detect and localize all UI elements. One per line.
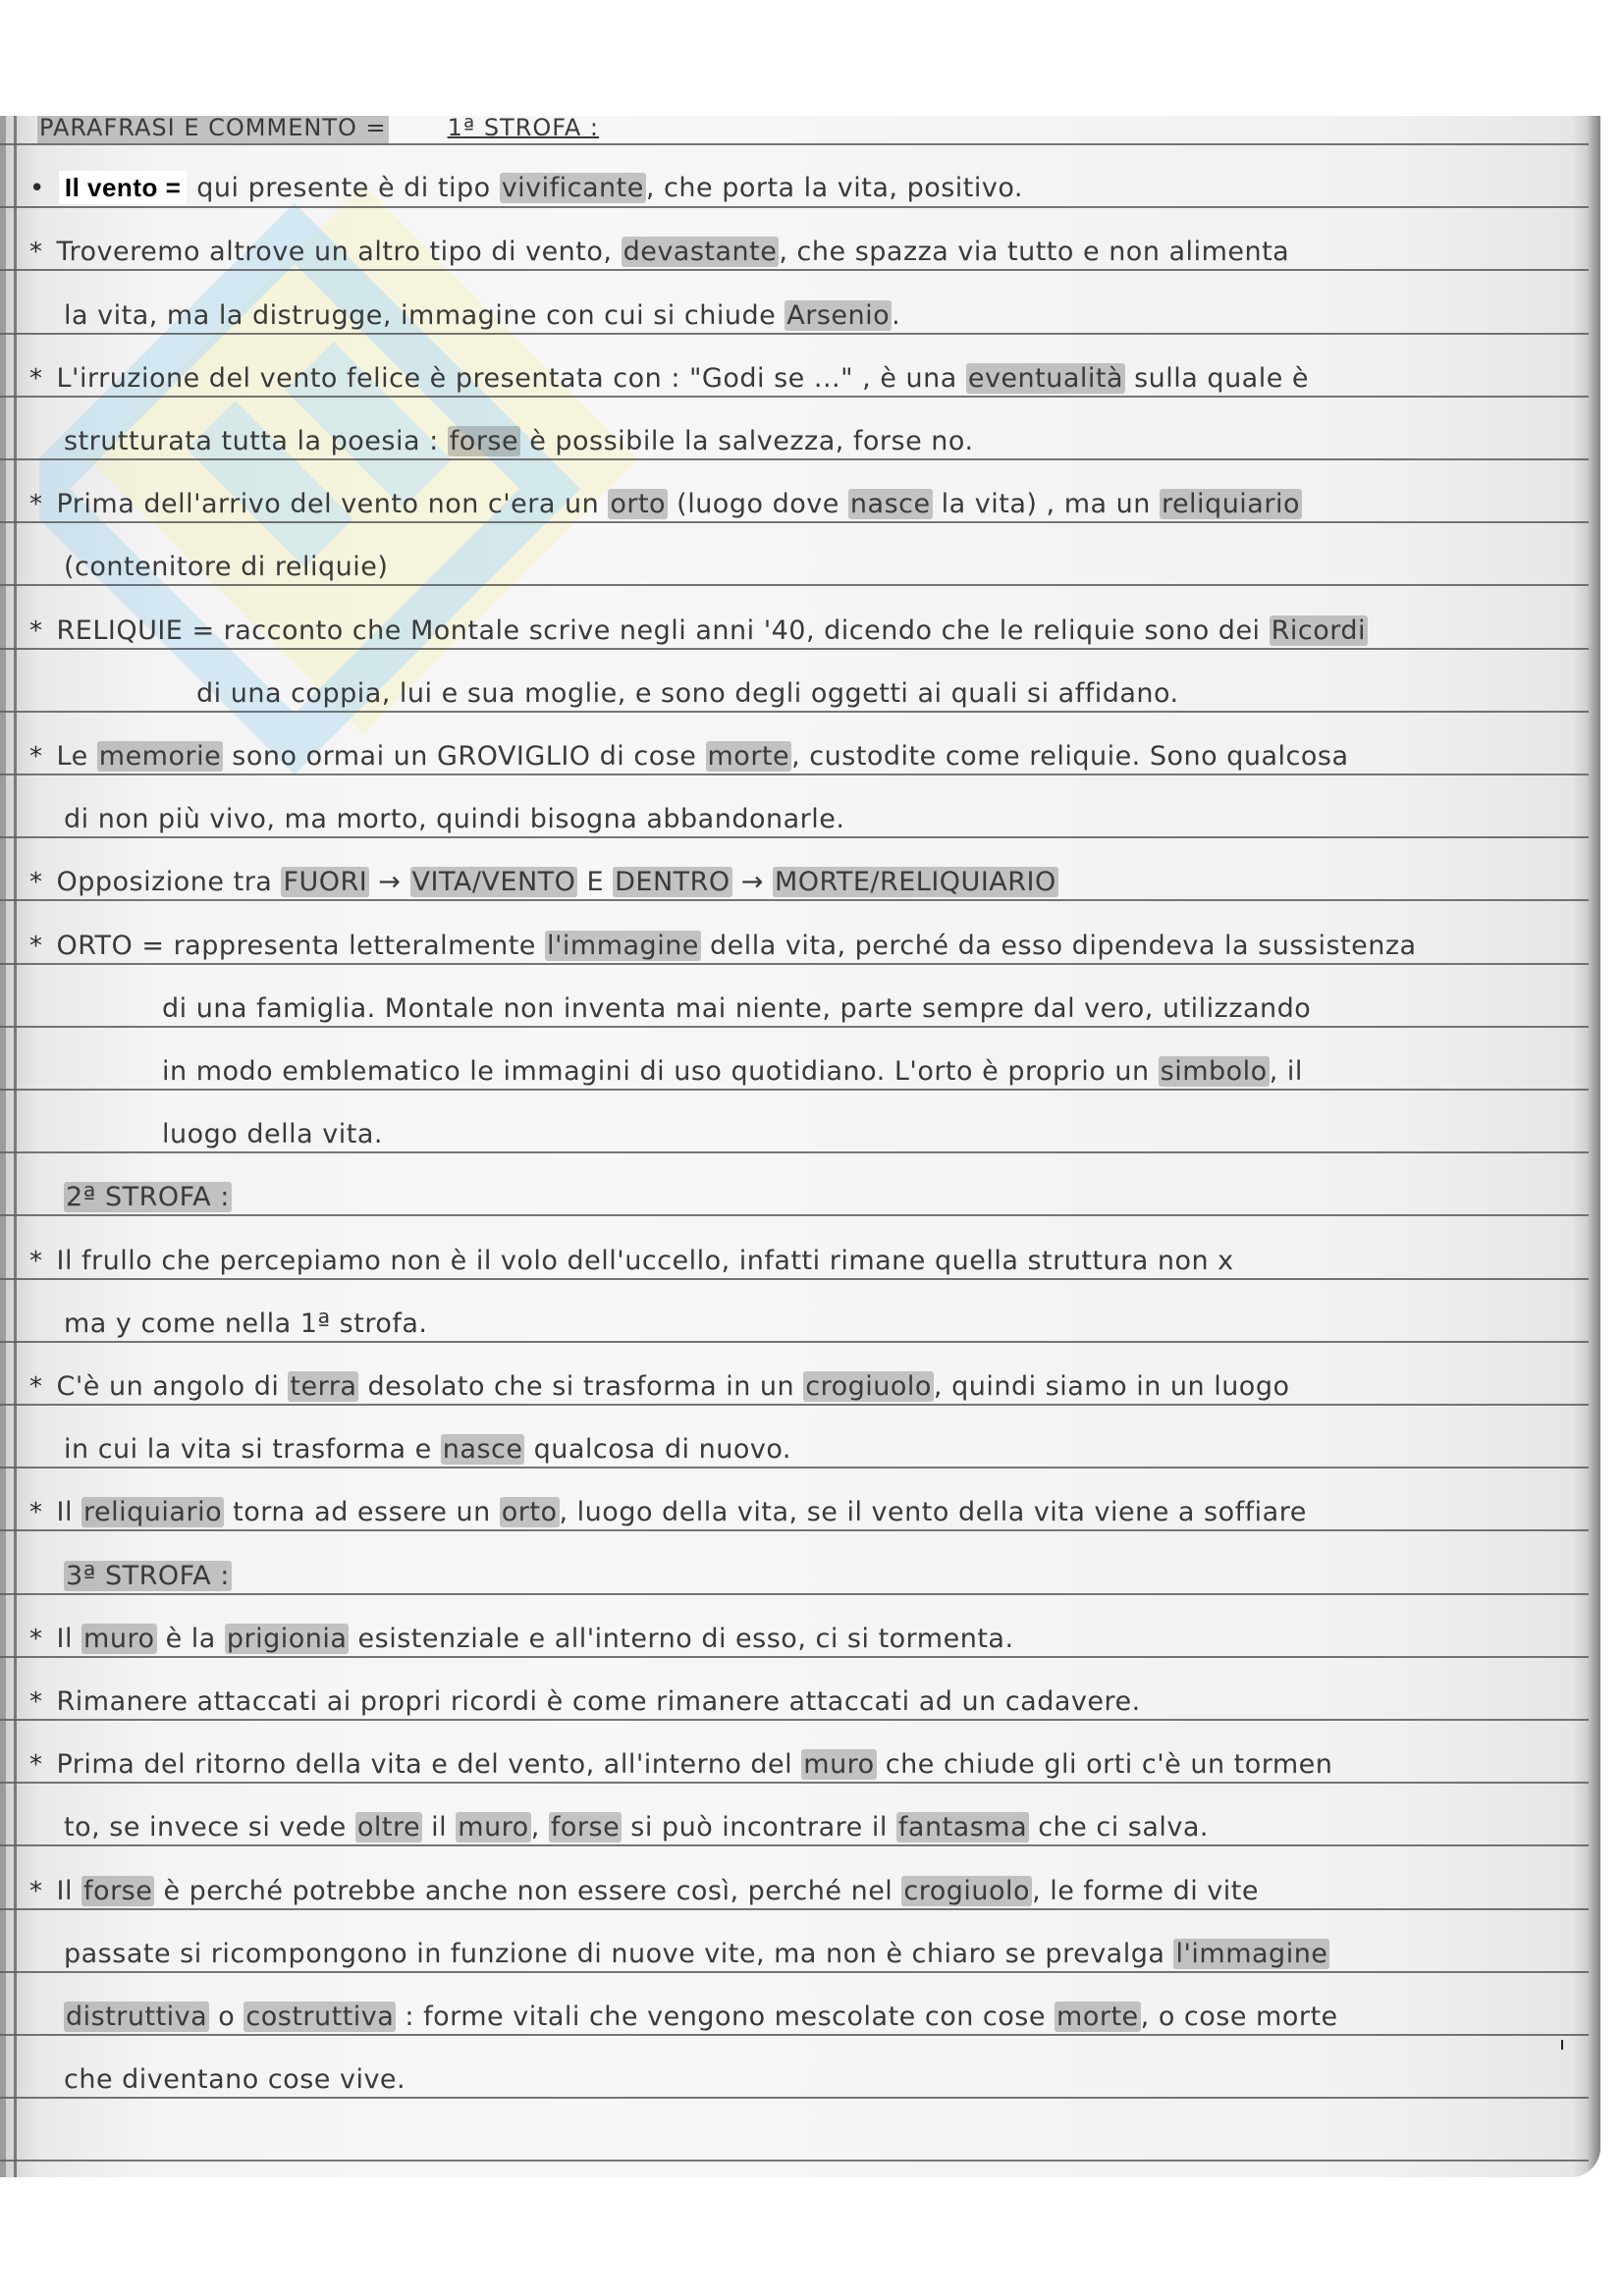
note-text: Il reliquiario torna ad essere un orto, … (57, 1497, 1307, 1527)
note-text: di non più vivo, ma morto, quindi bisogn… (64, 804, 844, 834)
note-line: *Rimanere attaccati ai propri ricordi è … (0, 1666, 1591, 1721)
note-line: *Prima del ritorno della vita e del vent… (0, 1729, 1591, 1784)
note-text: qui presente è di tipo vivificante, che … (196, 173, 1023, 203)
note-text: Rimanere attaccati ai propri ricordi è c… (57, 1686, 1141, 1717)
note-line: *Il muro è la prigionia esistenziale e a… (0, 1603, 1591, 1658)
note-line: ma y come nella 1ª strofa. (0, 1288, 1591, 1343)
bullet-star-icon: * (29, 1687, 43, 1717)
bullet-star-icon: * (29, 932, 43, 961)
heading-right: 1ª STROFA : (448, 116, 599, 145)
note-line: *Troveremo altrove un altro tipo di vent… (0, 216, 1591, 271)
bullet-star-icon: * (29, 1247, 43, 1276)
note-text: 3ª STROFA : (64, 1561, 232, 1591)
note-text: C'è un angolo di terra desolato che si t… (57, 1371, 1290, 1402)
note-line: la vita, ma la distrugge, immagine con c… (0, 280, 1591, 335)
note-text: Il forse è perché potrebbe anche non ess… (57, 1876, 1259, 1906)
note-line: 2ª STROFA : (0, 1161, 1591, 1216)
note-text: Il frullo che percepiamo non è il volo d… (57, 1246, 1234, 1276)
note-line: di una famiglia. Montale non inventa mai… (0, 973, 1591, 1028)
bullet-star-icon: * (29, 1877, 43, 1906)
note-line: 3ª STROFA : (0, 1540, 1591, 1595)
note-text: di una coppia, lui e sua moglie, e sono … (196, 678, 1179, 709)
note-line: luogo della vita. (0, 1098, 1591, 1153)
bullet-star-icon: * (29, 238, 43, 267)
heading-row: PARAFRASI E COMMENTO = 1ª STROFA : (0, 116, 1591, 145)
note-line: distruttiva o costruttiva : forme vitali… (0, 1981, 1591, 2036)
note-line: che diventano cose vive. (0, 2044, 1591, 2099)
note-text: Le memorie sono ormai un GROVIGLIO di co… (57, 741, 1349, 772)
note-line: *Le memorie sono ormai un GROVIGLIO di c… (0, 721, 1591, 775)
note-text: 2ª STROFA : (64, 1182, 232, 1212)
note-text: to, se invece si vede oltre il muro, for… (64, 1812, 1209, 1842)
note-line: (contenitore di reliquie) (0, 531, 1591, 586)
note-text: (contenitore di reliquie) (64, 552, 388, 582)
bullet-star-icon: * (29, 1498, 43, 1527)
note-text: Il muro è la prigionia esistenziale e al… (57, 1624, 1014, 1654)
note-line: *C'è un angolo di terra desolato che si … (0, 1351, 1591, 1406)
note-text: di una famiglia. Montale non inventa mai… (162, 993, 1311, 1024)
notebook-page: PARAFRASI E COMMENTO = 1ª STROFA : •Il v… (0, 116, 1600, 2177)
bullet-star-icon: * (29, 1372, 43, 1402)
bullet-star-icon: * (29, 742, 43, 772)
note-line: *Il frullo che percepiamo non è il volo … (0, 1225, 1591, 1280)
note-line: in modo emblematico le immagini di uso q… (0, 1036, 1591, 1091)
note-line: *RELIQUIE = racconto che Montale scrive … (0, 595, 1591, 650)
bullet-star-icon: * (29, 1750, 43, 1780)
note-text: distruttiva o costruttiva : forme vitali… (64, 2002, 1338, 2032)
note-text: la vita, ma la distrugge, immagine con c… (64, 300, 900, 331)
note-text: in modo emblematico le immagini di uso q… (162, 1056, 1303, 1087)
ruled-line (0, 2160, 1589, 2162)
note-text: che diventano cose vive. (64, 2064, 406, 2095)
note-line: *Il forse è perché potrebbe anche non es… (0, 1855, 1591, 1910)
note-line: to, se invece si vede oltre il muro, for… (0, 1791, 1591, 1846)
note-text: Opposizione tra FUORI → VITA/VENTO E DEN… (57, 867, 1058, 897)
pen-dot (1561, 2040, 1563, 2050)
note-line: *Prima dell'arrivo del vento non c'era u… (0, 468, 1591, 523)
note-line: *ORTO = rappresenta letteralmente l'imma… (0, 910, 1591, 965)
note-text: strutturata tutta la poesia : forse è po… (64, 426, 974, 456)
note-line: in cui la vita si trasforma e nasce qual… (0, 1414, 1591, 1468)
note-line: *L'irruzione del vento felice è presenta… (0, 343, 1591, 398)
bullet-star-icon: * (29, 868, 43, 897)
note-text: passate si ricompongono in funzione di n… (64, 1939, 1329, 1969)
bullet-star-icon: * (29, 490, 43, 519)
note-line: *Opposizione tra FUORI → VITA/VENTO E DE… (0, 846, 1591, 901)
note-text: L'irruzione del vento felice è presentat… (57, 363, 1310, 394)
bullet-star-icon: * (29, 1625, 43, 1654)
note-text: in cui la vita si trasforma e nasce qual… (64, 1434, 791, 1465)
note-line: di una coppia, lui e sua moglie, e sono … (0, 658, 1591, 713)
note-line: di non più vivo, ma morto, quindi bisogn… (0, 783, 1591, 838)
note-text: RELIQUIE = racconto che Montale scrive n… (57, 615, 1369, 646)
bullet-star-icon: * (29, 616, 43, 646)
note-text: Prima dell'arrivo del vento non c'era un… (57, 489, 1302, 519)
note-line: passate si ricompongono in funzione di n… (0, 1918, 1591, 1973)
note-line: •Il vento =qui presente è di tipo vivifi… (0, 153, 1591, 208)
note-text: Prima del ritorno della vita e del vento… (57, 1749, 1333, 1780)
bullet-dot-icon: • (29, 174, 45, 203)
section-label: Il vento = (59, 171, 187, 204)
heading-left: PARAFRASI E COMMENTO = (37, 116, 389, 145)
note-text: Troveremo altrove un altro tipo di vento… (57, 237, 1290, 267)
note-text: ma y come nella 1ª strofa. (64, 1308, 428, 1339)
bullet-star-icon: * (29, 364, 43, 394)
note-text: luogo della vita. (162, 1119, 383, 1149)
note-text: ORTO = rappresenta letteralmente l'immag… (57, 931, 1417, 961)
note-line: strutturata tutta la poesia : forse è po… (0, 405, 1591, 460)
note-line: *Il reliquiario torna ad essere un orto,… (0, 1476, 1591, 1531)
